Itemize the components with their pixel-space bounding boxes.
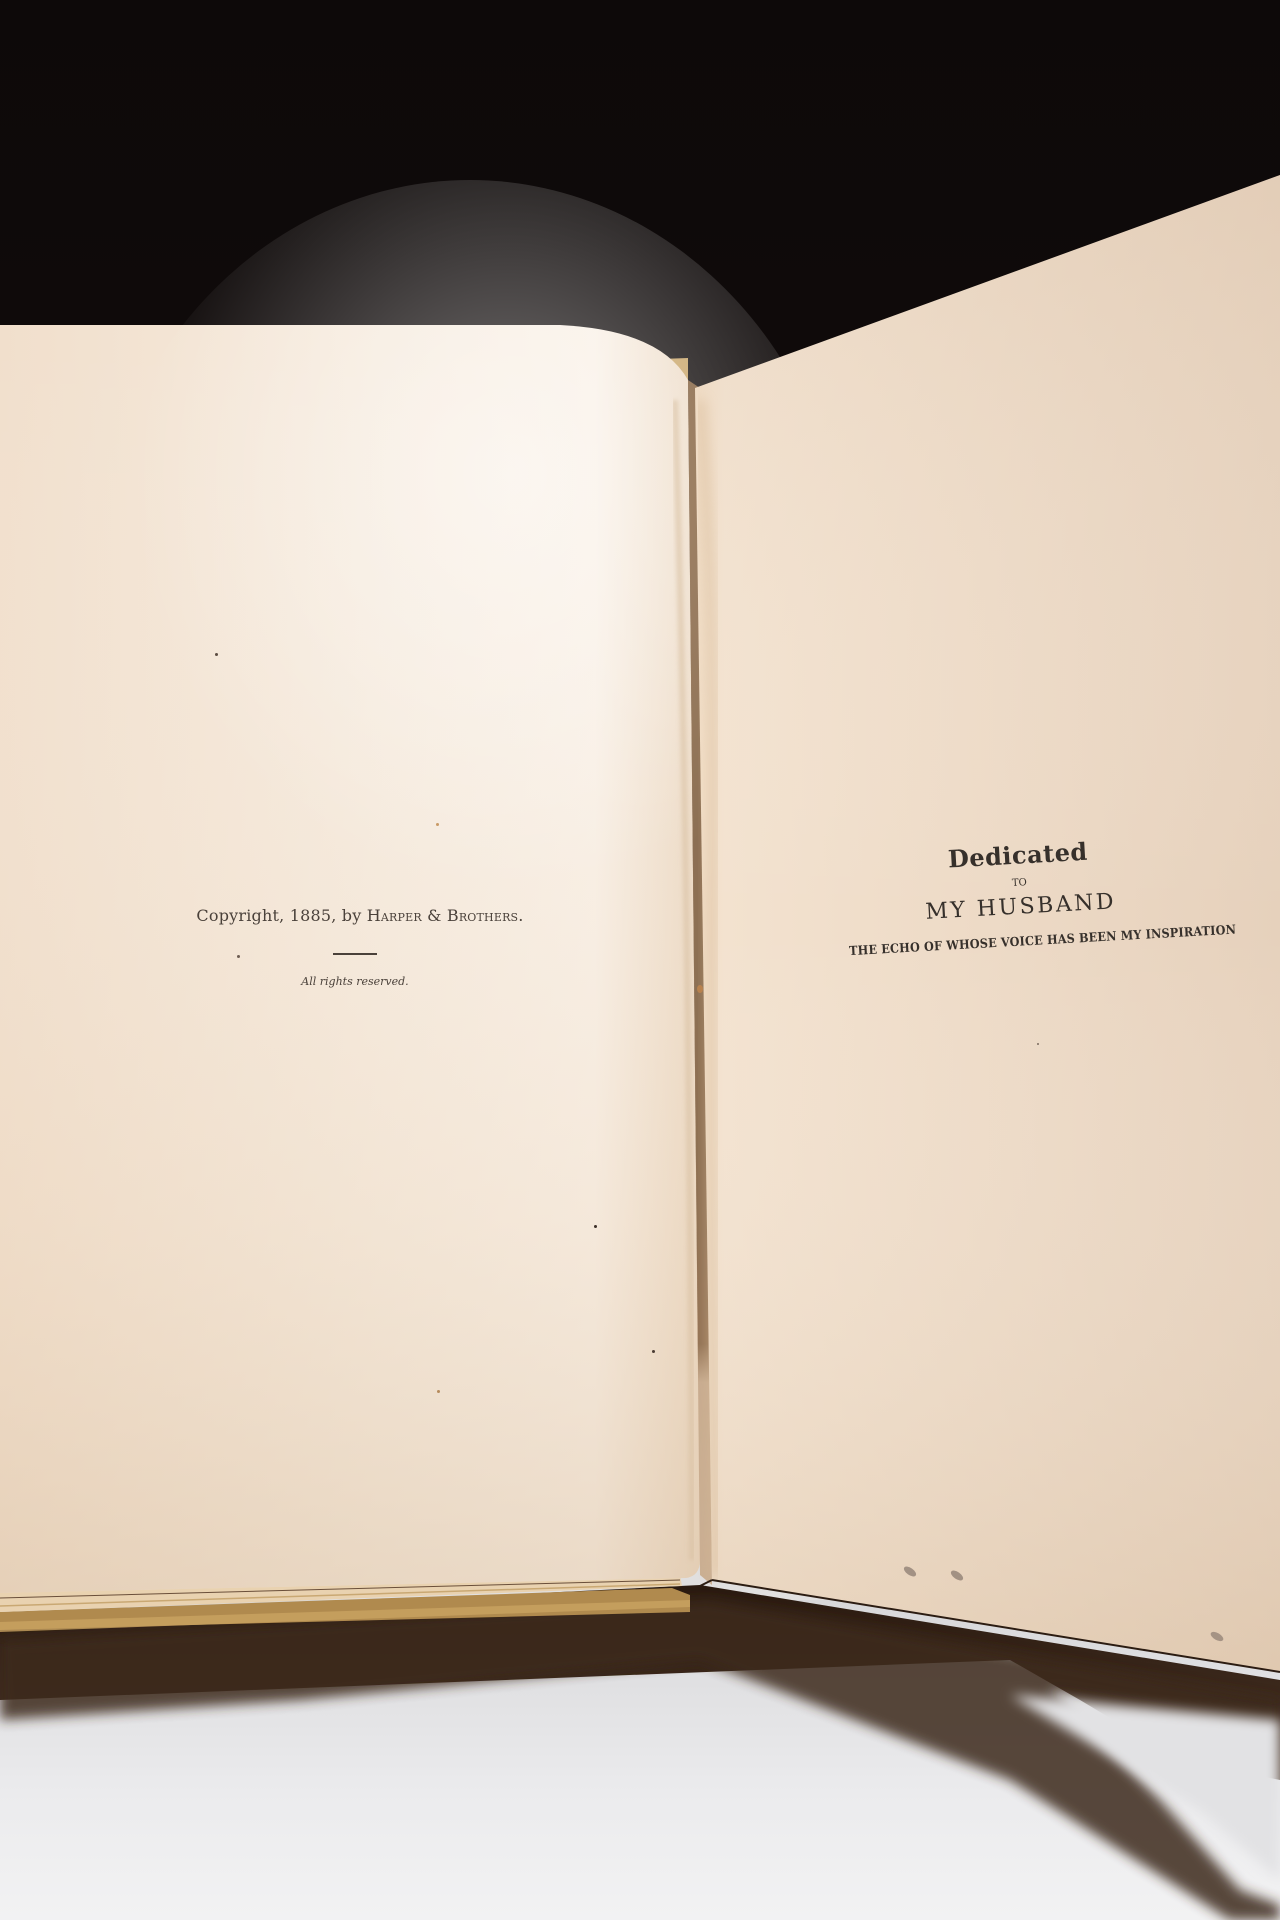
- rights-reserved: All rights reserved.: [270, 975, 440, 988]
- copyright-prefix: Copyright, 1885, by: [196, 906, 366, 925]
- foxing-spot: [652, 1350, 655, 1353]
- foxing-spot: [1037, 1043, 1039, 1045]
- foxing-spot: [436, 823, 439, 826]
- foxing-spot: [697, 985, 703, 993]
- publisher-name: Harper & Brothers.: [367, 906, 524, 925]
- foxing-spot: [237, 955, 240, 958]
- foxing-spot: [437, 1390, 440, 1393]
- divider-rule: [333, 953, 377, 955]
- photo-scene: Copyright, 1885, by Harper & Brothers. A…: [0, 0, 1280, 1920]
- copyright-line: Copyright, 1885, by Harper & Brothers.: [170, 906, 550, 925]
- book-illustration: [0, 0, 1280, 1920]
- foxing-spot: [594, 1225, 597, 1228]
- foxing-spot: [215, 653, 218, 656]
